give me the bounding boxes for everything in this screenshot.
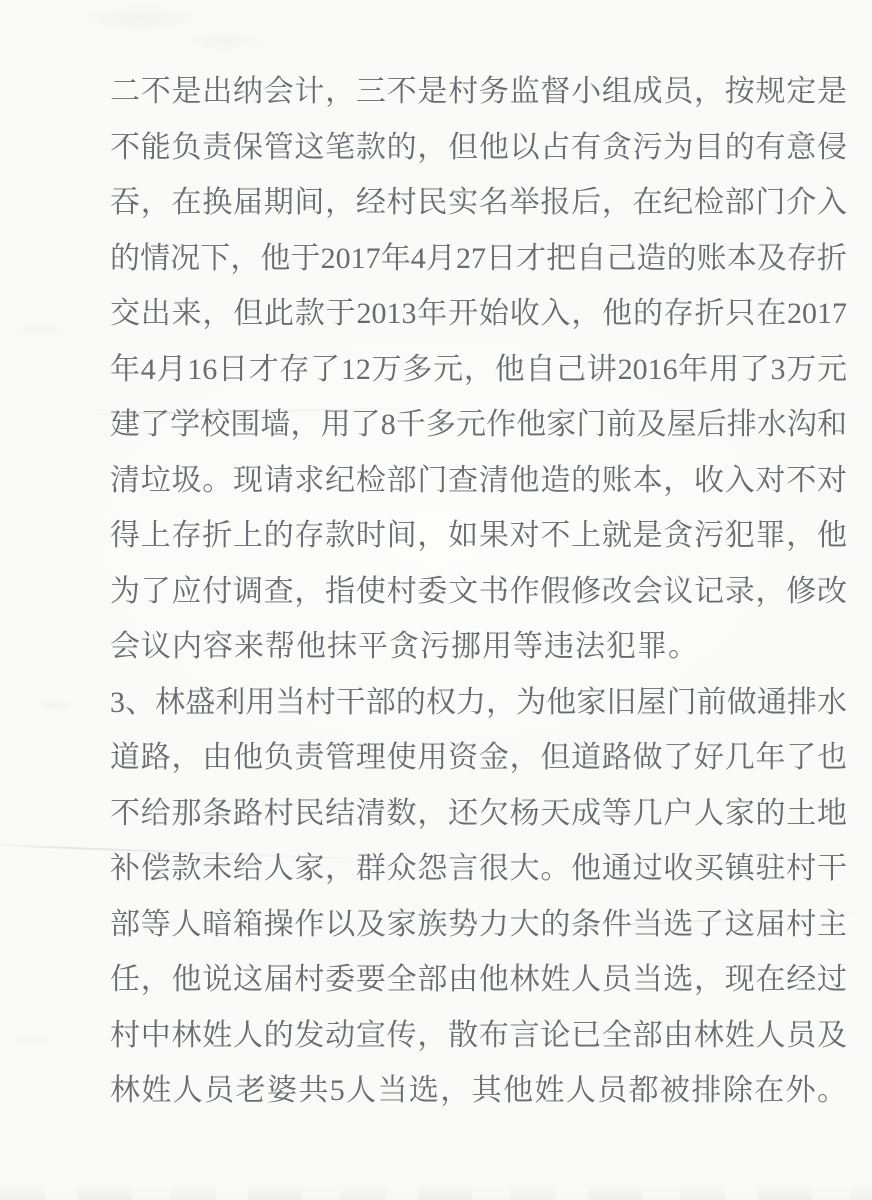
text-line-19: 林姓人员老婆共5人当选，其他姓人员都被排除在外。 <box>110 1063 847 1119</box>
text-line-6: 年4月16日才存了12万多元，他自己讲2016年用了3万元 <box>110 342 847 398</box>
text-line-14: 不给那条路村民结清数，还欠杨天成等几户人家的土地 <box>110 786 847 842</box>
text-line-12: 3、林盛利用当村干部的权力，为他家旧屋门前做通排水 <box>110 675 847 731</box>
document-text: 二不是出纳会计，三不是村务监督小组成员，按规定是不能负责保管这笔款的，但他以占有… <box>110 64 847 1119</box>
text-line-2: 不能负责保管这笔款的，但他以占有贪污为目的有意侵 <box>110 120 847 176</box>
text-line-9: 得上存折上的存款时间，如果对不上就是贪污犯罪，他 <box>110 508 847 564</box>
scan-edge-artifact <box>0 1183 872 1200</box>
text-line-10: 为了应付调查，指使村委文书作假修改会议记录，修改 <box>110 564 847 620</box>
text-line-1: 二不是出纳会计，三不是村务监督小组成员，按规定是 <box>110 64 847 120</box>
text-line-3: 吞，在换届期间，经村民实名举报后，在纪检部门介入 <box>110 175 847 231</box>
text-line-5: 交出来，但此款于2013年开始收入，他的存折只在2017 <box>110 286 847 342</box>
text-line-8: 清垃圾。现请求纪检部门查清他造的账本，收入对不对 <box>110 453 847 509</box>
text-line-17: 任，他说这届村委要全部由他林姓人员当选，现在经过 <box>110 952 847 1008</box>
text-line-7: 建了学校围墙，用了8千多元作他家门前及屋后排水沟和 <box>110 397 847 453</box>
scanned-document-page: 二不是出纳会计，三不是村务监督小组成员，按规定是不能负责保管这笔款的，但他以占有… <box>0 0 872 1200</box>
text-line-13: 道路，由他负责管理使用资金，但道路做了好几年了也 <box>110 730 847 786</box>
text-line-15: 补偿款未给人家，群众怨言很大。他通过收买镇驻村干 <box>110 841 847 897</box>
text-line-4: 的情况下，他于2017年4月27日才把自己造的账本及存折 <box>110 231 847 287</box>
text-line-16: 部等人暗箱操作以及家族势力大的条件当选了这届村主 <box>110 897 847 953</box>
text-line-11: 会议内容来帮他抹平贪污挪用等违法犯罪。 <box>110 619 847 675</box>
text-line-18: 村中林姓人的发动宣传，散布言论已全部由林姓人员及 <box>110 1008 847 1064</box>
